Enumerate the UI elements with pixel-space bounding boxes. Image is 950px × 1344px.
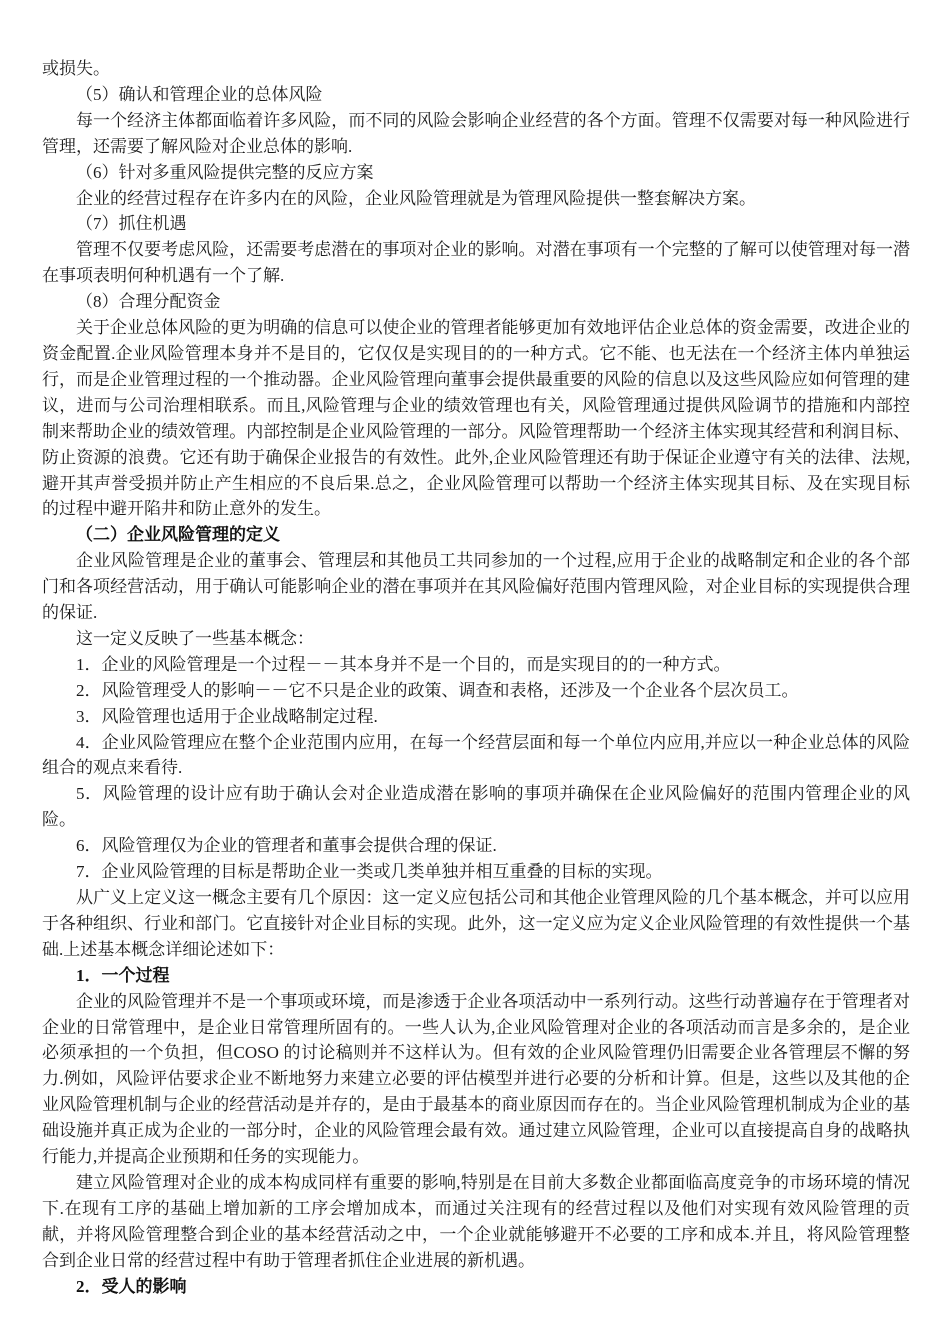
paragraph: 企业风险管理是企业的董事会、管理层和其他员工共同参加的一个过程,应用于企业的战略… <box>42 548 910 626</box>
paragraph: （7）抓住机遇 <box>42 211 910 237</box>
paragraph: 企业的经营过程存在许多内在的风险，企业风险管理就是为管理风险提供一整套解决方案。 <box>42 186 910 212</box>
paragraph: 这一定义反映了一些基本概念： <box>42 626 910 652</box>
paragraph: 从广义上定义这一概念主要有几个原因：这一定义应包括公司和其他企业管理风险的几个基… <box>42 885 910 963</box>
document-body: 或损失。（5）确认和管理企业的总体风险每一个经济主体都面临着许多风险，而不同的风… <box>42 56 910 1300</box>
paragraph: 3．风险管理也适用于企业战略制定过程. <box>42 704 910 730</box>
paragraph: （8）合理分配资金 <box>42 289 910 315</box>
section-heading: 1．一个过程 <box>42 963 910 989</box>
paragraph: 建立风险管理对企业的成本构成同样有重要的影响,特别是在目前大多数企业都面临高度竞… <box>42 1170 910 1274</box>
paragraph: 4．企业风险管理应在整个企业范围内应用，在每一个经营层面和每一个单位内应用,并应… <box>42 730 910 782</box>
paragraph: 每一个经济主体都面临着许多风险，而不同的风险会影响企业经营的各个方面。管理不仅需… <box>42 108 910 160</box>
paragraph: 企业的风险管理并不是一个事项或环境，而是渗透于企业各项活动中一系列行动。这些行动… <box>42 989 910 1170</box>
paragraph: 管理不仅要考虑风险，还需要考虑潜在的事项对企业的影响。对潜在事项有一个完整的了解… <box>42 237 910 289</box>
section-heading: 2．受人的影响 <box>42 1274 910 1300</box>
paragraph: 6．风险管理仅为企业的管理者和董事会提供合理的保证. <box>42 833 910 859</box>
paragraph: （6）针对多重风险提供完整的反应方案 <box>42 160 910 186</box>
paragraph: 5．风险管理的设计应有助于确认会对企业造成潜在影响的事项并确保在企业风险偏好的范… <box>42 781 910 833</box>
section-heading: （二）企业风险管理的定义 <box>42 522 910 548</box>
document-page: 或损失。（5）确认和管理企业的总体风险每一个经济主体都面临着许多风险，而不同的风… <box>0 0 950 1344</box>
paragraph: 或损失。 <box>42 56 910 82</box>
paragraph: 1．企业的风险管理是一个过程－－其本身并不是一个目的，而是实现目的的一种方式。 <box>42 652 910 678</box>
paragraph: （5）确认和管理企业的总体风险 <box>42 82 910 108</box>
paragraph: 7．企业风险管理的目标是帮助企业一类或几类单独并相互重叠的目标的实现。 <box>42 859 910 885</box>
paragraph: 关于企业总体风险的更为明确的信息可以使企业的管理者能够更加有效地评估企业总体的资… <box>42 315 910 522</box>
paragraph: 2．风险管理受人的影响－－它不只是企业的政策、调查和表格，还涉及一个企业各个层次… <box>42 678 910 704</box>
